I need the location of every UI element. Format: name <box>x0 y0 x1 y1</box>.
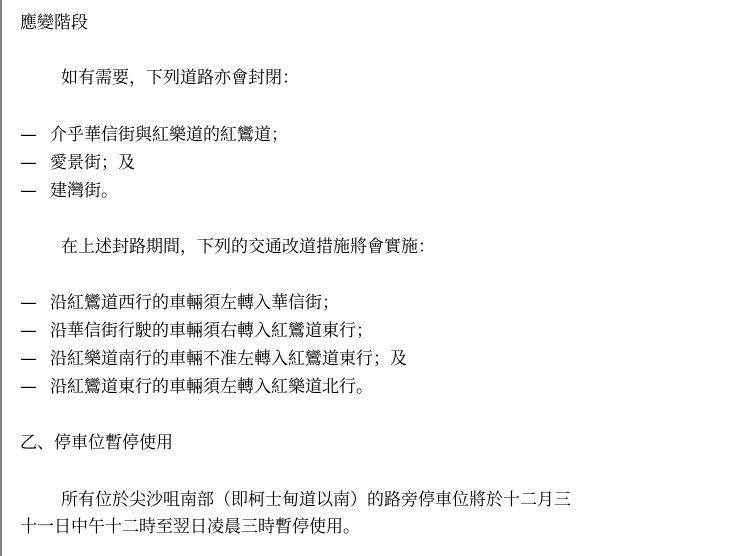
dash-bullet: — <box>20 123 50 147</box>
dash-bullet: — <box>20 151 50 175</box>
diversion-item-text: 沿華信街行駛的車輛須右轉入紅鸞道東行； <box>50 319 373 343</box>
closure-item: — 建灣街。 <box>20 179 118 203</box>
dash-bullet: — <box>20 291 50 315</box>
closure-item-text: 愛景街；及 <box>50 151 135 175</box>
diversion-item: — 沿紅鸞道東行的車輛須左轉入紅樂道北行。 <box>20 375 373 399</box>
closure-item-text: 建灣街。 <box>50 179 118 203</box>
stage-heading: 應變階段 <box>20 11 88 35</box>
diversion-item: — 沿華信街行駛的車輛須右轉入紅鸞道東行； <box>20 319 373 343</box>
section-b-paragraph-line2: 十一日中午十二時至翌日凌晨三時暫停使用。 <box>20 515 360 539</box>
diversion-item: — 沿紅鸞道西行的車輛須左轉入華信街； <box>20 291 339 315</box>
diversion-item-text: 沿紅樂道南行的車輛不准左轉入紅鸞道東行；及 <box>50 347 407 371</box>
closure-intro: 如有需要，下列道路亦會封閉： <box>20 66 299 90</box>
dash-bullet: — <box>20 179 50 203</box>
diversion-item: — 沿紅樂道南行的車輛不准左轉入紅鸞道東行；及 <box>20 347 407 371</box>
closure-item: — 愛景街；及 <box>20 151 135 175</box>
diversion-item-text: 沿紅鸞道東行的車輛須左轉入紅樂道北行。 <box>50 375 373 399</box>
window-left-border <box>0 0 2 556</box>
closure-item-text: 介乎華信街與紅樂道的紅鸞道； <box>50 123 288 147</box>
section-b-paragraph-line1: 所有位於尖沙咀南部（即柯士甸道以南）的路旁停車位將於十二月三 <box>20 488 571 512</box>
dash-bullet: — <box>20 319 50 343</box>
diversion-intro: 在上述封路期間，下列的交通改道措施將會實施： <box>20 235 435 259</box>
closure-item: — 介乎華信街與紅樂道的紅鸞道； <box>20 123 288 147</box>
dash-bullet: — <box>20 375 50 399</box>
diversion-item-text: 沿紅鸞道西行的車輛須左轉入華信街； <box>50 291 339 315</box>
dash-bullet: — <box>20 347 50 371</box>
section-b-heading: 乙、停車位暫停使用 <box>20 431 173 455</box>
